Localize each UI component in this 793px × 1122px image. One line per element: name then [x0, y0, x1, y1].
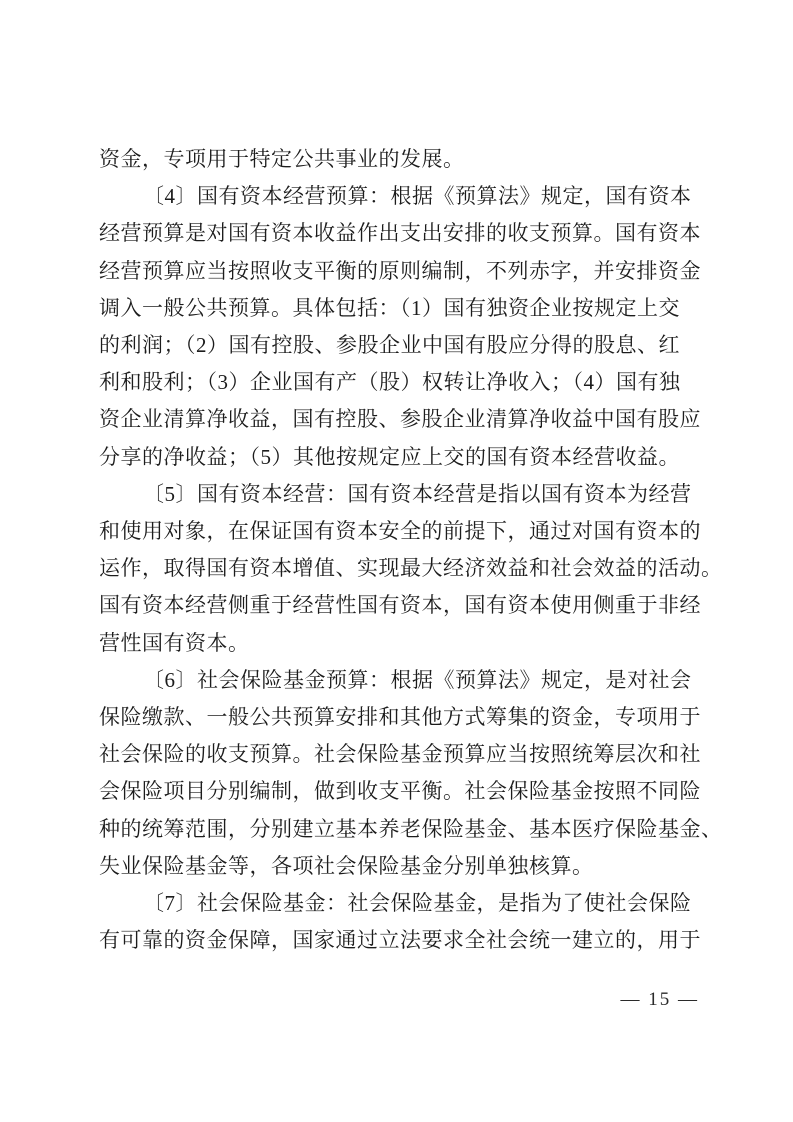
- text-line: 利和股利；（3）企业国有产（股）权转让净收入；（4）国有独: [99, 364, 705, 401]
- document-page: 资金，专项用于特定公共事业的发展。〔4〕国有资本经营预算：根据《预算法》规定，国…: [0, 0, 793, 1122]
- text-line: 国有资本经营侧重于经营性国有资本，国有资本使用侧重于非经: [99, 587, 705, 624]
- text-line: 和使用对象，在保证国有资本安全的前提下，通过对国有资本的: [99, 513, 705, 550]
- text-line: 〔4〕国有资本经营预算：根据《预算法》规定，国有资本: [99, 178, 705, 215]
- text-line: 资金，专项用于特定公共事业的发展。: [99, 141, 705, 178]
- text-line: 社会保险的收支预算。社会保险基金预算应当按照统筹层次和社: [99, 736, 705, 773]
- text-line: 有可靠的资金保障，国家通过立法要求全社会统一建立的，用于: [99, 922, 705, 959]
- text-line: 〔5〕国有资本经营：国有资本经营是指以国有资本为经营: [99, 476, 705, 513]
- text-line: 种的统筹范围，分别建立基本养老保险基金、基本医疗保险基金、: [99, 811, 705, 848]
- text-line: 营性国有资本。: [99, 625, 705, 662]
- text-line: 资企业清算净收益，国有控股、参股企业清算净收益中国有股应: [99, 401, 705, 438]
- text-line: 保险缴款、一般公共预算安排和其他方式筹集的资金，专项用于: [99, 699, 705, 736]
- text-line: 调入一般公共预算。具体包括：（1）国有独资企业按规定上交: [99, 290, 705, 327]
- text-line: 经营预算应当按照收支平衡的原则编制，不列赤字，并安排资金: [99, 253, 705, 290]
- text-line: 运作，取得国有资本增值、实现最大经济效益和社会效益的活动。: [99, 550, 705, 587]
- text-line: 失业保险基金等，各项社会保险基金分别单独核算。: [99, 848, 705, 885]
- document-text: 资金，专项用于特定公共事业的发展。〔4〕国有资本经营预算：根据《预算法》规定，国…: [99, 141, 705, 959]
- text-line: 的利润；（2）国有控股、参股企业中国有股应分得的股息、红: [99, 327, 705, 364]
- text-line: 会保险项目分别编制，做到收支平衡。社会保险基金按照不同险: [99, 773, 705, 810]
- page-number: — 15 —: [621, 989, 700, 1011]
- text-line: 〔7〕社会保险基金：社会保险基金，是指为了使社会保险: [99, 885, 705, 922]
- text-line: 〔6〕社会保险基金预算：根据《预算法》规定，是对社会: [99, 662, 705, 699]
- text-line: 经营预算是对国有资本收益作出支出安排的收支预算。国有资本: [99, 215, 705, 252]
- text-line: 分享的净收益；（5）其他按规定应上交的国有资本经营收益。: [99, 439, 705, 476]
